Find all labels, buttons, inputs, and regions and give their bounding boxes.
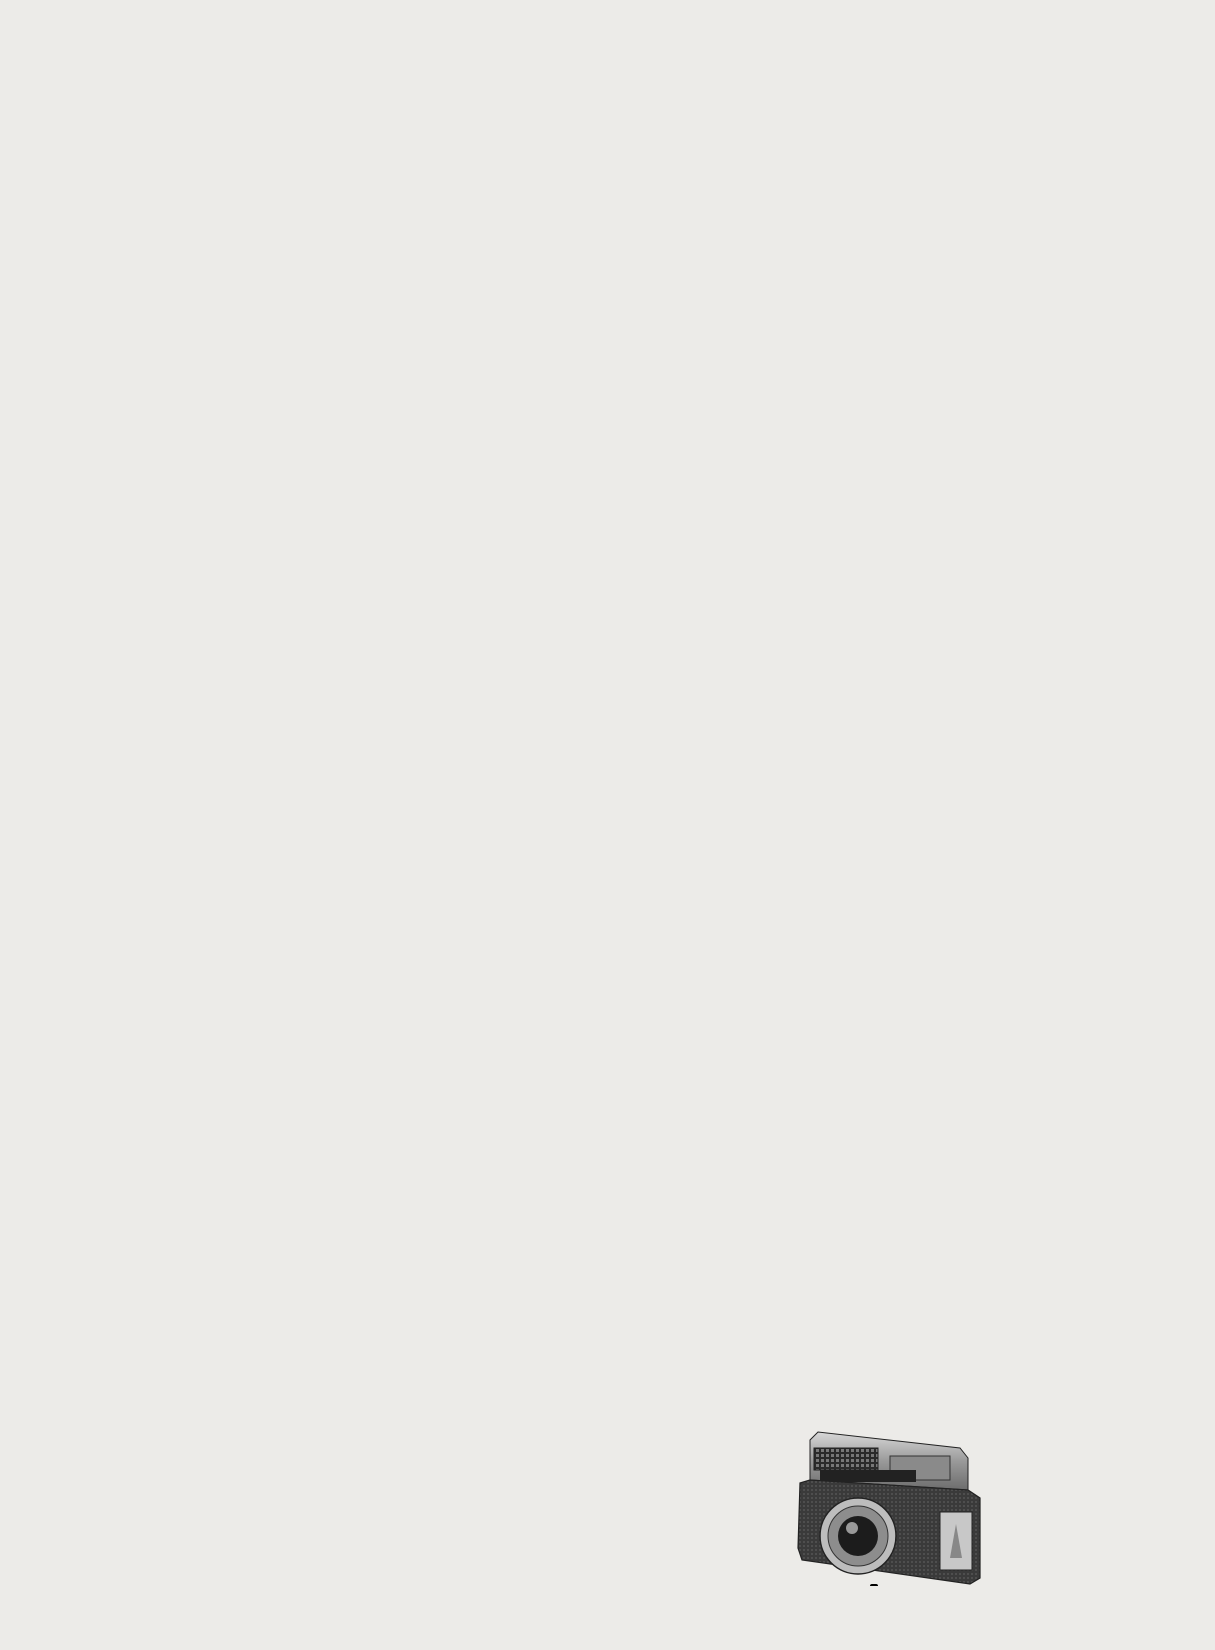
line-screen-artwork bbox=[0, 0, 1215, 1410]
brand-signature bbox=[870, 1576, 888, 1594]
company-address bbox=[52, 1340, 64, 1342]
bessy-ak-camera-photo bbox=[790, 1428, 995, 1588]
voigtlander-logo bbox=[870, 1584, 878, 1586]
